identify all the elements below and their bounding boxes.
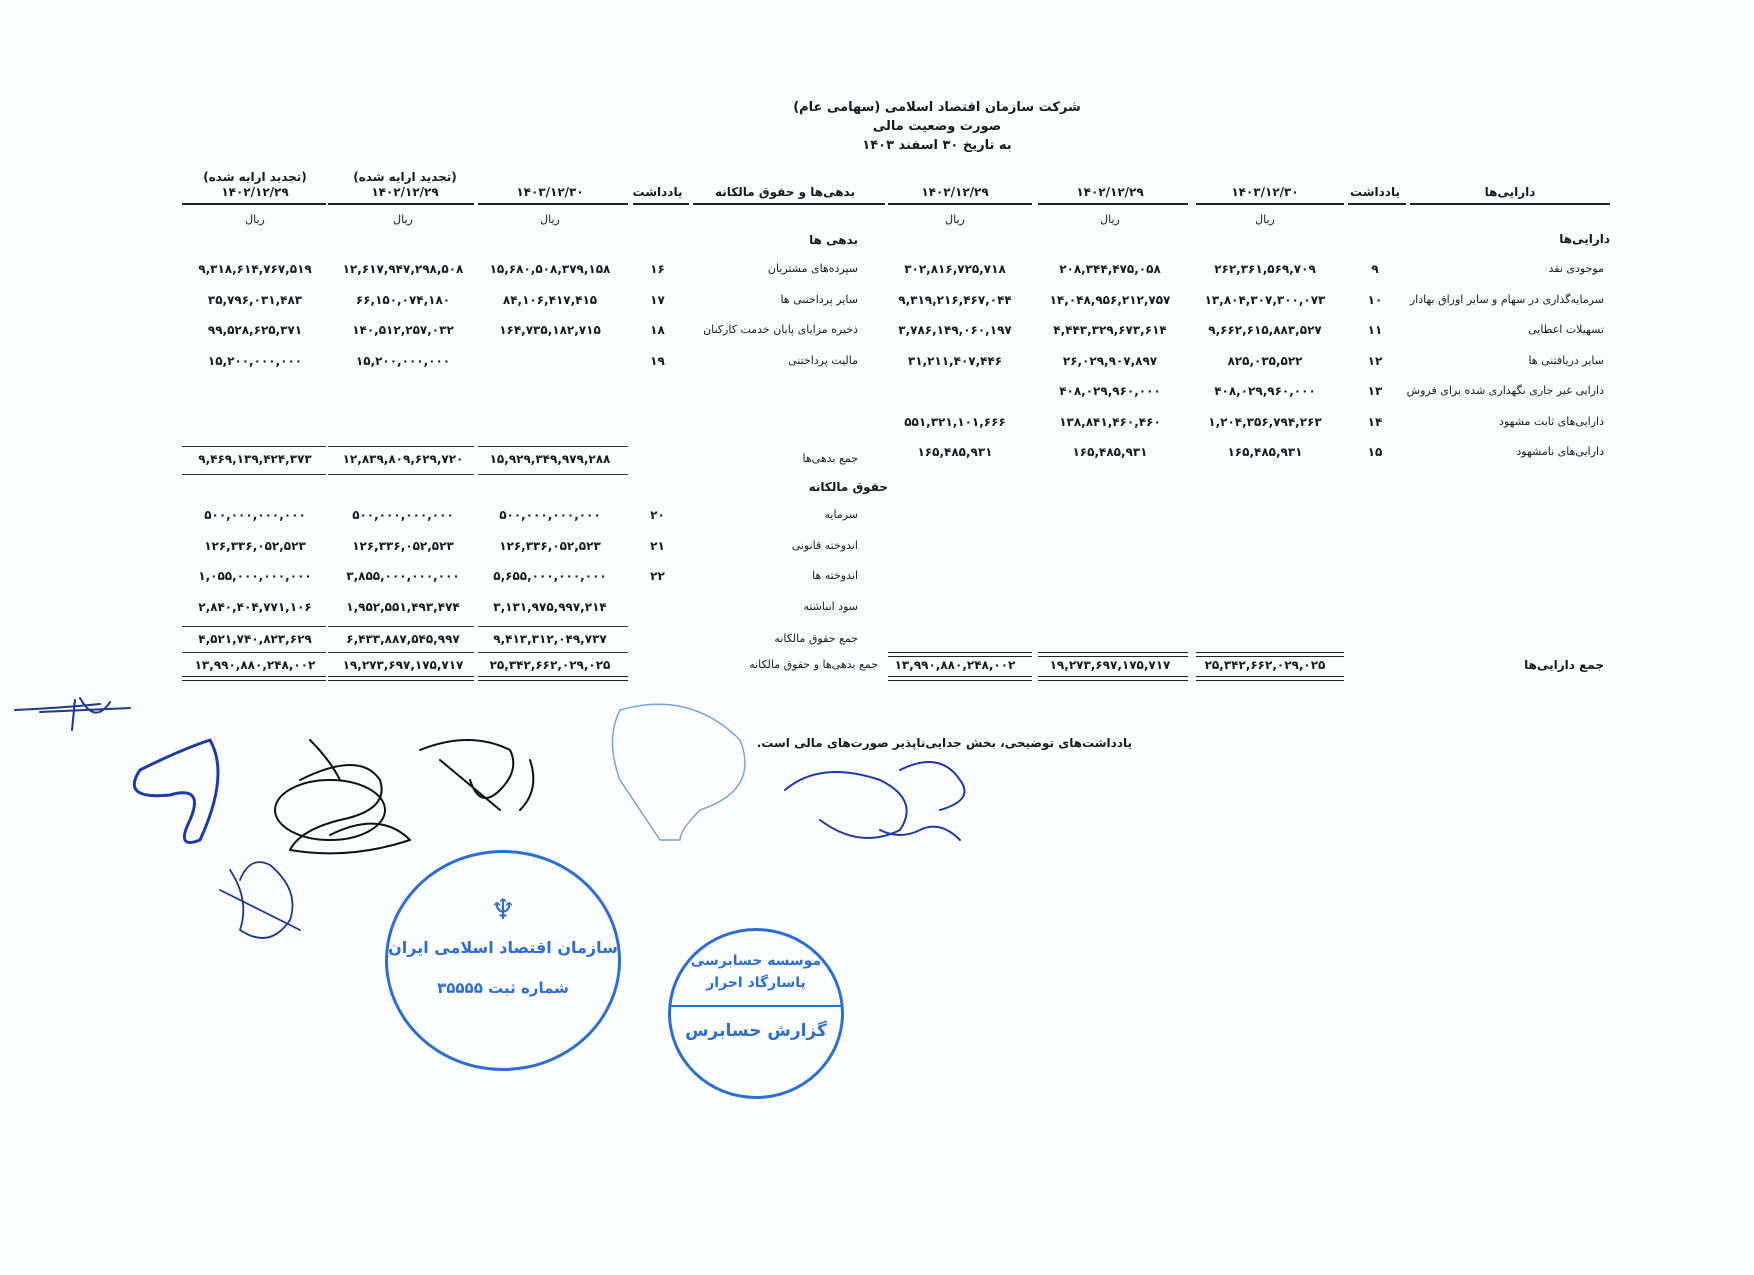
assets-section-title: دارایی‌ها — [1559, 232, 1610, 246]
row-value: ۲۰۸,۳۴۴,۴۷۵,۰۵۸ — [1035, 262, 1185, 276]
liab-col-2-header: ۱۴۰۲/۱۲/۲۹ — [330, 185, 480, 199]
grand-total-label: جمع بدهی‌ها و حقوق مالکانه — [749, 658, 878, 671]
row-label: دارایی‌های ثابت مشهود — [1499, 415, 1604, 428]
row-value: ۳,۷۸۶,۱۴۹,۰۶۰,۱۹۷ — [880, 323, 1030, 337]
row-value: ۱۵,۲۰۰,۰۰۰,۰۰۰ — [328, 354, 478, 368]
divider — [478, 474, 628, 475]
total-liabilities-current: ۱۵,۹۲۹,۳۴۹,۹۷۹,۲۸۸ — [475, 452, 625, 466]
liab-col-1-header: ۱۴۰۳/۱۲/۳۰ — [475, 185, 625, 199]
row-label: اندوخته ها — [812, 569, 858, 582]
row-label: سپرده‌های مشتریان — [768, 262, 858, 275]
divider — [1410, 203, 1610, 205]
row-note-ref: ۱۶ — [625, 262, 690, 276]
divider — [328, 626, 474, 627]
company-name: شرکت سازمان اقتصاد اسلامی (سهامی عام) — [0, 98, 1754, 117]
row-note-ref: ۱۲ — [1340, 354, 1410, 368]
row-note-ref: ۱۳ — [1340, 384, 1410, 398]
unit-label: ریال — [1190, 213, 1340, 226]
row-value: ۱۴,۰۴۸,۹۵۶,۲۱۲,۷۵۷ — [1035, 293, 1185, 307]
stamp-auditor-report: گزارش حسابرس — [671, 1005, 841, 1041]
total-liabilities-prior-2: ۹,۴۶۹,۱۳۹,۴۲۴,۳۷۳ — [180, 452, 330, 466]
unit-label: ریال — [475, 213, 625, 226]
liabilities-note-header: یادداشت — [625, 185, 690, 199]
row-value: ۱۵,۶۸۰,۵۰۸,۳۷۹,۱۵۸ — [475, 262, 625, 276]
divider — [1348, 203, 1406, 205]
liab-col-2-sub: (تجدید ارایه شده) — [330, 170, 480, 184]
row-label: تسهیلات اعطایی — [1528, 323, 1604, 336]
total-liabilities-label: جمع بدهی‌ها — [803, 452, 858, 465]
organization-stamp: ♆ سازمان اقتصاد اسلامی ایران شماره ثبت ۳… — [385, 850, 621, 1071]
total-assets-current: ۲۵,۳۴۲,۶۶۲,۰۲۹,۰۲۵ — [1190, 658, 1340, 672]
statement-title: صورت وضعیت مالی — [0, 117, 1754, 136]
grand-total-prior-2: ۱۳,۹۹۰,۸۸۰,۲۴۸,۰۰۲ — [180, 658, 330, 672]
total-equity-current: ۹,۴۱۳,۳۱۲,۰۴۹,۷۳۷ — [475, 632, 625, 646]
divider — [328, 652, 474, 653]
row-label: اندوخته قانونی — [792, 539, 858, 552]
row-note-ref: ۱۴ — [1340, 415, 1410, 429]
total-double-rule — [1196, 676, 1344, 681]
unit-label: ریال — [1035, 213, 1185, 226]
row-label: دارایی غیر جاری نگهداری شده برای فروش — [1407, 384, 1604, 397]
signatures — [0, 690, 1754, 1275]
total-equity-label: جمع حقوق مالکانه — [774, 632, 858, 645]
row-value: ۱۲۶,۳۳۶,۰۵۲,۵۲۳ — [475, 539, 625, 553]
grand-total-double-rule — [478, 676, 628, 681]
divider — [328, 203, 474, 205]
divider — [182, 474, 326, 475]
liab-col-3-sub: (تجدید ارایه شده) — [180, 170, 330, 184]
divider — [478, 652, 628, 653]
row-note-ref: ۱۸ — [625, 323, 690, 337]
row-value: ۱۶۵,۴۸۵,۹۳۱ — [1190, 445, 1340, 459]
total-assets-prior: ۱۹,۲۷۳,۶۹۷,۱۷۵,۷۱۷ — [1035, 658, 1185, 672]
grand-total-double-rule — [182, 676, 326, 681]
total-double-rule — [1038, 676, 1188, 681]
row-value: ۱۲۶,۳۳۶,۰۵۲,۵۲۳ — [328, 539, 478, 553]
total-liabilities-prior: ۱۲,۸۳۹,۸۰۹,۶۲۹,۷۲۰ — [328, 452, 478, 466]
stamp-registration: شماره ثبت ۳۵۵۵۵ — [388, 979, 618, 997]
row-value: ۵,۶۵۵,۰۰۰,۰۰۰,۰۰۰ — [475, 569, 625, 583]
row-label: موجودی نقد — [1549, 262, 1604, 275]
total-rule — [888, 652, 1032, 657]
statement-date: به تاریخ ۳۰ اسفند ۱۴۰۳ — [0, 136, 1754, 155]
equity-section-title: حقوق مالکانه — [809, 480, 888, 494]
stamp-auditor-firm: موسسه حسابرسی — [671, 953, 841, 969]
assets-header: دارایی‌ها — [1410, 185, 1610, 199]
divider — [633, 203, 689, 205]
grand-total-double-rule — [328, 676, 474, 681]
liabilities-section-title: بدهی ها — [809, 233, 858, 247]
assets-col-2-header: ۱۴۰۲/۱۲/۲۹ — [1035, 185, 1185, 199]
row-value: ۴,۴۴۳,۳۲۹,۶۷۳,۶۱۴ — [1035, 323, 1185, 337]
row-note-ref: ۱۰ — [1340, 293, 1410, 307]
row-value: ۱۵,۲۰۰,۰۰۰,۰۰۰ — [180, 354, 330, 368]
row-value: ۱۳۸,۸۴۱,۴۶۰,۴۶۰ — [1035, 415, 1185, 429]
divider — [182, 626, 326, 627]
unit-label: ریال — [328, 213, 478, 226]
divider — [1038, 203, 1188, 205]
divider — [328, 446, 474, 447]
total-equity-prior: ۶,۴۳۳,۸۸۷,۵۴۵,۹۹۷ — [328, 632, 478, 646]
row-value: ۲۶۲,۳۶۱,۵۶۹,۷۰۹ — [1190, 262, 1340, 276]
total-assets-label: جمع دارایی‌ها — [1524, 658, 1604, 672]
row-value: ۸۴,۱۰۶,۴۱۷,۴۱۵ — [475, 293, 625, 307]
unit-label: ریال — [880, 213, 1030, 226]
row-value: ۱۶۵,۴۸۵,۹۳۱ — [1035, 445, 1185, 459]
grand-total-prior: ۱۹,۲۷۳,۶۹۷,۱۷۵,۷۱۷ — [328, 658, 478, 672]
row-value: ۶۶,۱۵۰,۰۷۴,۱۸۰ — [328, 293, 478, 307]
row-note-ref: ۲۲ — [625, 569, 690, 583]
row-value: ۱,۹۵۲,۵۵۱,۴۹۳,۴۷۴ — [328, 600, 478, 614]
divider — [693, 203, 885, 205]
row-label: سرمایه — [825, 508, 859, 521]
divider — [1196, 203, 1344, 205]
row-value: ۹,۳۱۸,۶۱۴,۷۶۷,۵۱۹ — [180, 262, 330, 276]
row-note-ref: ۲۱ — [625, 539, 690, 553]
divider — [328, 474, 474, 475]
row-value: ۴۰۸,۰۲۹,۹۶۰,۰۰۰ — [1190, 384, 1340, 398]
row-value: ۱۴۰,۵۱۲,۲۵۷,۰۳۲ — [328, 323, 478, 337]
assets-col-3-header: ۱۴۰۲/۱۲/۲۹ — [880, 185, 1030, 199]
divider — [182, 446, 326, 447]
row-note-ref: ۱۵ — [1340, 445, 1410, 459]
total-equity-prior-2: ۴,۵۲۱,۷۴۰,۸۲۳,۶۲۹ — [180, 632, 330, 646]
divider — [478, 446, 628, 447]
assets-note-header: یادداشت — [1340, 185, 1410, 199]
row-value: ۲۶,۰۲۹,۹۰۷,۸۹۷ — [1035, 354, 1185, 368]
row-label: دارایی‌های نامشهود — [1516, 445, 1604, 458]
document-title-block: شرکت سازمان اقتصاد اسلامی (سهامی عام) صو… — [0, 98, 1754, 155]
row-label: سایر دریافتنی ها — [1528, 354, 1604, 367]
row-value: ۵۰۰,۰۰۰,۰۰۰,۰۰۰ — [475, 508, 625, 522]
row-value: ۴۰۸,۰۲۹,۹۶۰,۰۰۰ — [1035, 384, 1185, 398]
row-value: ۵۰۰,۰۰۰,۰۰۰,۰۰۰ — [328, 508, 478, 522]
liab-col-3-header: ۱۴۰۲/۱۲/۲۹ — [180, 185, 330, 199]
row-value: ۱۲,۶۱۷,۹۴۷,۲۹۸,۵۰۸ — [328, 262, 478, 276]
row-value: ۱,۲۰۴,۳۵۶,۷۹۴,۲۶۳ — [1190, 415, 1340, 429]
grand-total-current: ۲۵,۳۴۲,۶۶۲,۰۲۹,۰۲۵ — [475, 658, 625, 672]
row-value: ۱۶۴,۷۳۵,۱۸۲,۷۱۵ — [475, 323, 625, 337]
row-note-ref: ۹ — [1340, 262, 1410, 276]
total-rule — [1196, 652, 1344, 657]
row-label: سایر پرداختنی ها — [780, 293, 858, 306]
row-value: ۲,۸۴۰,۴۰۴,۷۷۱,۱۰۶ — [180, 600, 330, 614]
row-value: ۱۳,۸۰۴,۳۰۷,۳۰۰,۰۷۳ — [1190, 293, 1340, 307]
row-value: ۳۱,۲۱۱,۴۰۷,۴۴۶ — [880, 354, 1030, 368]
row-value: ۸۲۵,۰۳۵,۵۲۲ — [1190, 354, 1340, 368]
row-value: ۱۶۵,۴۸۵,۹۳۱ — [880, 445, 1030, 459]
divider — [182, 652, 326, 653]
row-value: ۳۰۲,۸۱۶,۷۲۵,۷۱۸ — [880, 262, 1030, 276]
row-value: ۳,۱۳۱,۹۷۵,۹۹۷,۲۱۴ — [475, 600, 625, 614]
row-label: مالیت پرداختنی — [788, 354, 858, 367]
total-rule — [1038, 652, 1188, 657]
row-value: ۹,۶۶۲,۶۱۵,۸۸۳,۵۲۷ — [1190, 323, 1340, 337]
auditor-stamp: موسسه حسابرسی پاسارگاد احرار گزارش حسابر… — [668, 928, 844, 1099]
divider — [888, 203, 1032, 205]
row-value: ۹,۳۱۹,۲۱۶,۴۶۷,۰۴۴ — [880, 293, 1030, 307]
liabilities-header: بدهی‌ها و حقوق مالکانه — [690, 185, 880, 199]
row-note-ref: ۱۷ — [625, 293, 690, 307]
divider — [478, 203, 628, 205]
row-value: ۵۰۰,۰۰۰,۰۰۰,۰۰۰ — [180, 508, 330, 522]
row-value: ۵۵۱,۳۲۱,۱۰۱,۶۶۶ — [880, 415, 1030, 429]
stamp-org-name: سازمان اقتصاد اسلامی ایران — [388, 938, 618, 957]
divider — [478, 626, 628, 627]
emblem-icon: ♆ — [388, 893, 618, 926]
assets-col-1-header: ۱۴۰۳/۱۲/۳۰ — [1190, 185, 1340, 199]
row-note-ref: ۱۹ — [625, 354, 690, 368]
row-note-ref: ۲۰ — [625, 508, 690, 522]
row-value: ۳,۸۵۵,۰۰۰,۰۰۰,۰۰۰ — [328, 569, 478, 583]
total-double-rule — [888, 676, 1032, 681]
row-note-ref: ۱۱ — [1340, 323, 1410, 337]
unit-label: ریال — [180, 213, 330, 226]
stamp-auditor-name: پاسارگاد احرار — [671, 975, 841, 991]
row-label: سرمایه‌گذاری در سهام و سایر اوراق بهادار — [1410, 293, 1604, 306]
row-value: ۹۹,۵۲۸,۶۲۵,۳۷۱ — [180, 323, 330, 337]
row-value: ۱۲۶,۳۳۶,۰۵۲,۵۲۳ — [180, 539, 330, 553]
total-assets-prior-2: ۱۳,۹۹۰,۸۸۰,۲۴۸,۰۰۲ — [880, 658, 1030, 672]
row-label: ذخیره مزایای پایان خدمت کارکنان — [703, 323, 858, 336]
divider — [182, 203, 326, 205]
row-label: سود انباشته — [803, 600, 858, 613]
row-value: ۳۵,۷۹۶,۰۳۱,۴۸۳ — [180, 293, 330, 307]
row-value: ۱,۰۵۵,۰۰۰,۰۰۰,۰۰۰ — [180, 569, 330, 583]
